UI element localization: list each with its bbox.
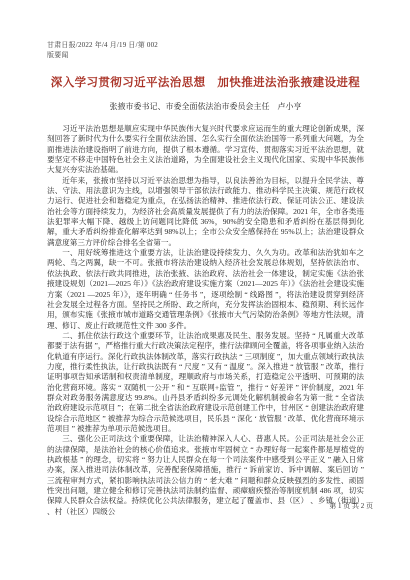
- document-page: 甘肃日报/2022 年/4 月/19 日/第 002 版要闻 深入学习贯彻习近平…: [0, 0, 410, 580]
- publication-meta: 甘肃日报/2022 年/4 月/19 日/第 002 版要闻: [47, 40, 364, 60]
- publication-meta-line-2: 版要闻: [47, 50, 364, 60]
- paragraph-section-1: 一、用好统筹推进这个重要方法，让法治建设持续发力、久久为功。改革和法治犹如车之两…: [47, 248, 364, 331]
- article-byline: 张掖市委书记、市委全面依法治市委员会主任 卢小亨: [47, 102, 364, 112]
- publication-meta-line-1: 甘肃日报/2022 年/4 月/19 日/第 002: [47, 40, 364, 50]
- paragraph-section-3: 三、强化公正司法这个重要保障，让法治精神深入人心、普惠人民。公正司法是社会公正的…: [47, 434, 364, 517]
- paragraph-section-2: 二、抓住依法行政这个重要环节，让法治成果惠及民生、服务发展。坚持 “ 凡属重大改…: [47, 331, 364, 434]
- paragraph-overview: 近年来，张掖市坚持以习近平法治思想为指导，以良法善治为目标，以提升全民学法、尊法…: [47, 176, 364, 248]
- article-body: 习近平法治思想是顺应实现中华民族伟大复兴时代要求应运而生的重大理论创新成果，深刻…: [47, 124, 364, 517]
- paragraph-intro: 习近平法治思想是顺应实现中华民族伟大复兴时代要求应运而生的重大理论创新成果，深刻…: [47, 124, 364, 176]
- page-number: 第 1 页 共 2 页: [329, 501, 373, 511]
- article-title: 深入学习贯彻习近平法治思想 加快推进法治张掖建设进程: [47, 76, 364, 90]
